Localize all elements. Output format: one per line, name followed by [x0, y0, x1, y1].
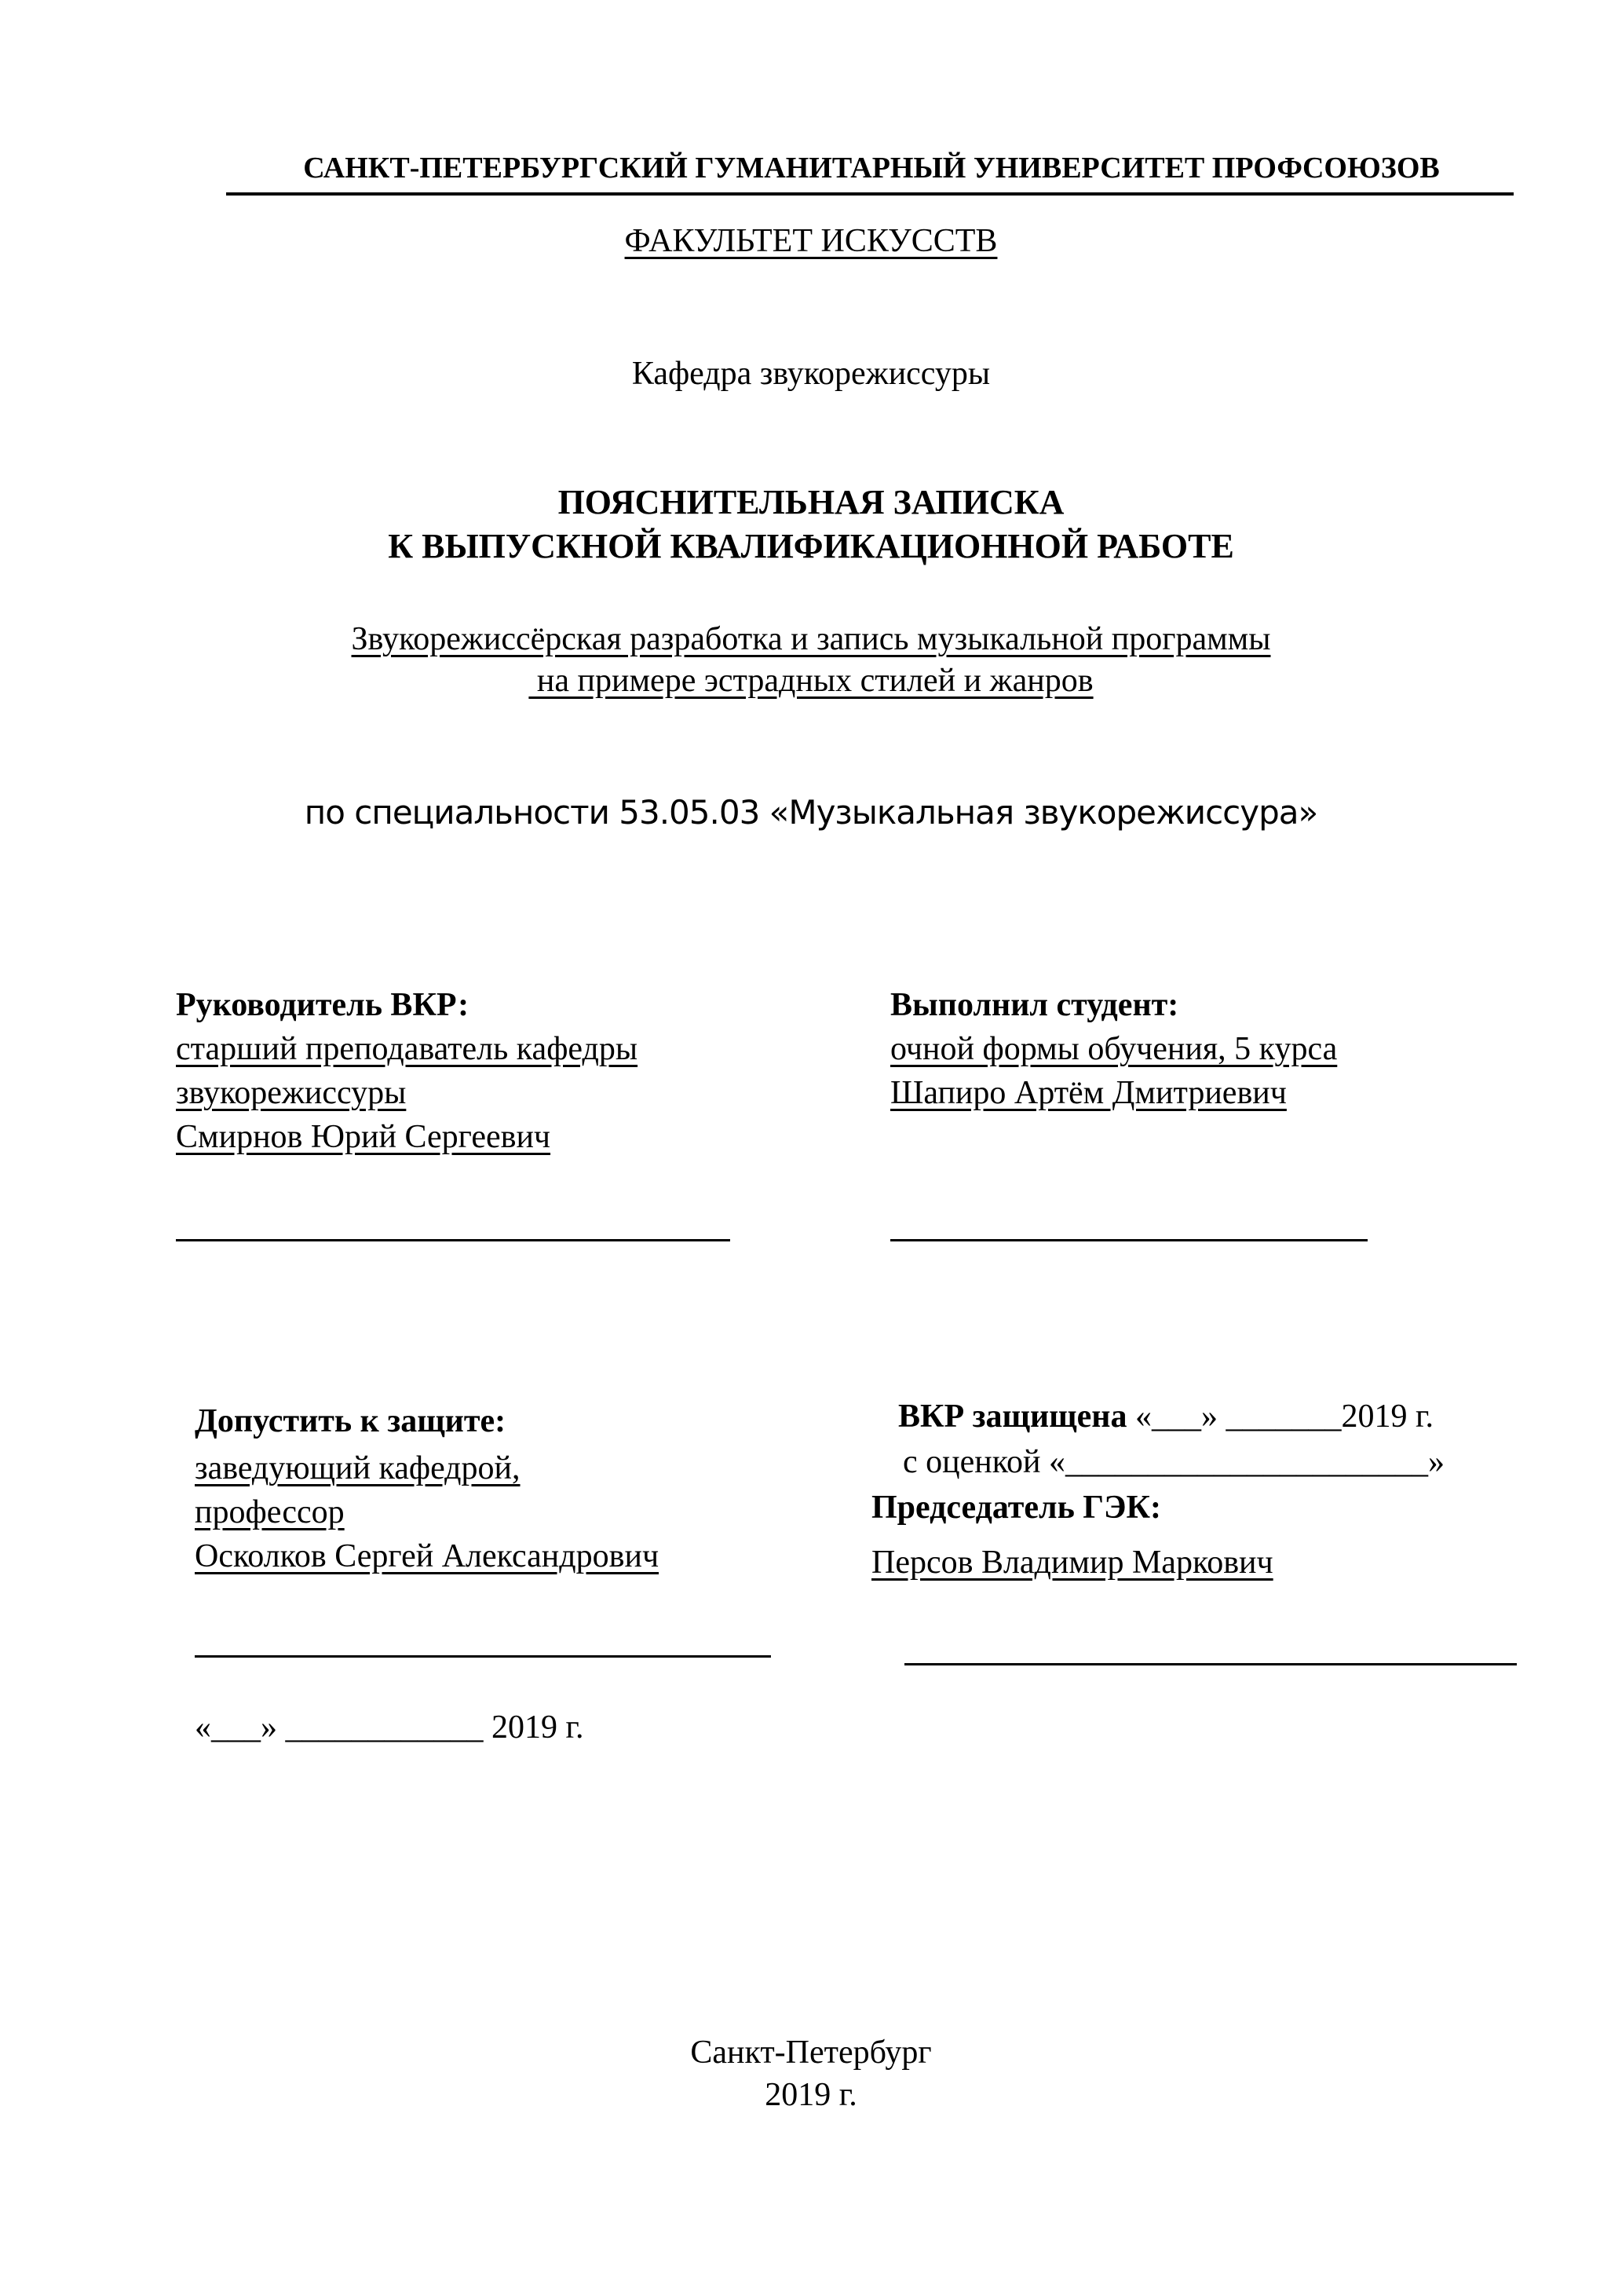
admission-name: Осколков Сергей Александрович — [195, 1537, 659, 1575]
admission-position-2: профессор — [195, 1493, 345, 1531]
supervisor-position-1: старший преподаватель кафедры — [176, 1030, 637, 1068]
topic-line1: Звукорежиссёрская разработка и запись му… — [352, 621, 1271, 657]
university-rule — [226, 192, 1514, 196]
chair-name: Кафедра звукорежиссуры — [0, 355, 1622, 393]
document-title-line1: ПОЯСНИТЕЛЬНАЯ ЗАПИСКА — [0, 482, 1622, 522]
student-form: очной формы обучения, 5 курса — [890, 1030, 1337, 1068]
supervisor-label: Руководитель ВКР: — [176, 986, 469, 1024]
gek-signature-line — [904, 1663, 1517, 1665]
specialty: по специальности 53.05.03 «Музыкальная з… — [0, 793, 1622, 832]
topic-wrap-1: Звукорежиссёрская разработка и запись му… — [0, 620, 1622, 658]
defense-status: ВКР защищена «___» _______2019 г. — [898, 1398, 1434, 1435]
student-name: Шапиро Артём Дмитриевич — [890, 1074, 1287, 1112]
defense-date: «___» _______2019 г. — [1127, 1398, 1434, 1435]
footer-city: Санкт-Петербург — [0, 2034, 1622, 2071]
admission-position-1: заведующий кафедрой, — [195, 1450, 521, 1487]
faculty-name: ФАКУЛЬТЕТ ИСКУССТВ — [625, 223, 998, 259]
faculty-wrap: ФАКУЛЬТЕТ ИСКУССТВ — [0, 222, 1622, 260]
supervisor-name: Смирнов Юрий Сергеевич — [176, 1118, 550, 1156]
gek-chair-name: Персов Владимир Маркович — [871, 1544, 1273, 1581]
supervisor-position-2: звукорежиссуры — [176, 1074, 406, 1112]
topic-line2: на примере эстрадных стилей и жанров — [528, 663, 1093, 699]
defense-label: ВКР защищена — [898, 1398, 1127, 1435]
topic-wrap-2: на примере эстрадных стилей и жанров — [0, 662, 1622, 700]
supervisor-signature-line — [176, 1239, 730, 1241]
footer-year: 2019 г. — [0, 2076, 1622, 2114]
admission-signature-line — [195, 1655, 771, 1658]
document-title-line2: К ВЫПУСКНОЙ КВАЛИФИКАЦИОННОЙ РАБОТЕ — [0, 526, 1622, 566]
student-signature-line — [890, 1239, 1368, 1241]
admission-date: «___» ____________ 2019 г. — [195, 1709, 584, 1746]
gek-chair-label: Председатель ГЭК: — [871, 1489, 1161, 1526]
admission-label: Допустить к защите: — [195, 1402, 506, 1440]
student-label: Выполнил студент: — [890, 986, 1178, 1024]
defense-grade: с оценкой «______________________» — [903, 1443, 1445, 1481]
university-name: САНКТ-ПЕТЕРБУРГСКИЙ ГУМАНИТАРНЫЙ УНИВЕРС… — [228, 151, 1515, 185]
